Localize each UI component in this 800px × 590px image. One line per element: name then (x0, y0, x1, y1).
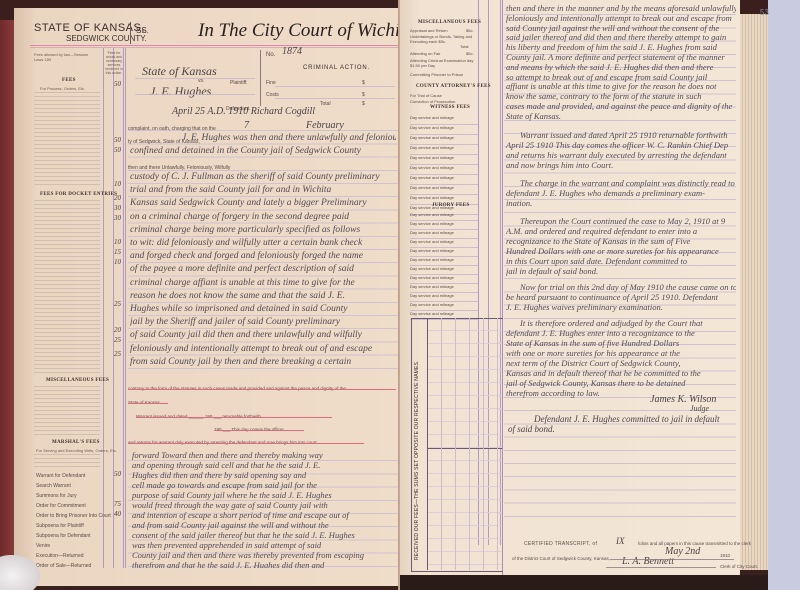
misc-fee-unit: $5c. (466, 28, 474, 33)
handwritten-line: A.M. and ordered and required defendant … (506, 226, 736, 236)
total-label: Total (320, 101, 331, 107)
handwritten-line: on a criminal charge of forgery in the s… (130, 211, 396, 224)
witness-row: Day service and mileage (410, 155, 478, 165)
page-edges (740, 14, 768, 570)
fees-heading: FEES (62, 78, 76, 83)
witness-row: Day service and mileage (410, 145, 478, 155)
jurory-row: Day service and mileage (410, 293, 478, 302)
fee-amount: 20 (114, 326, 121, 334)
witness-fees-heading: WITNESS FEES (430, 105, 470, 110)
complaint-month: February (306, 120, 344, 131)
handwritten-line: feloniously and intentionally attempt to… (130, 343, 396, 356)
marshal-item: Order of Sale—Returned (36, 563, 91, 569)
handwritten-line: Kansas and in default thereof that he be… (506, 368, 736, 378)
certified-year: 1910 (720, 553, 730, 558)
handwritten-line: defendant J. E. Hughes enter into a reco… (506, 328, 736, 338)
handwritten-line: be heard pursuant to continuance of Apri… (506, 292, 736, 302)
book-bottom-shadow (400, 575, 768, 590)
header-rule-2 (30, 47, 400, 48)
handwritten-line: custody of C. J. Fullman as the sheriff … (130, 171, 396, 184)
jurory-row: Day service and mileage (410, 302, 478, 311)
header-rule (30, 45, 400, 46)
fee-amount: 20 (114, 194, 121, 202)
county-attorney-fees-heading: COUNTY ATTORNEY'S FEES (416, 84, 491, 89)
misc-fee-item: Appraisal and Return (410, 28, 448, 33)
marshal-fine-print (34, 454, 100, 470)
misc-fee-unit: Total (460, 44, 468, 49)
jurory-row: Day service and mileage (410, 212, 478, 221)
handwritten-line: Thereupon the Court continued the case t… (506, 216, 736, 226)
jurory-row: Day service and mileage (410, 248, 478, 257)
handwritten-line: would freed through the way gate of said… (132, 500, 396, 510)
handwritten-line: Hundred Dollars with one or more suretie… (506, 246, 736, 256)
misc-fees-heading: MISCELLANEOUS FEES (46, 378, 109, 383)
fee-amount: 50 (114, 136, 121, 144)
handwritten-line: Warrant issued and dated April 25 1910 r… (506, 130, 736, 140)
misc-fine-print (34, 386, 100, 436)
misc-fee-item: Attending on Fair (410, 51, 440, 56)
complaint-day: 7 (244, 120, 249, 131)
jurory-fee-rows: Day service and mileage Day service and … (410, 212, 478, 320)
docket-fees-heading: FEES FOR DOCKET ENTRIES (40, 192, 117, 197)
fee-column-heading: Fees for actual and necessary services r… (104, 51, 124, 75)
charge-paragraph: The charge in the warrant and complaint … (506, 178, 736, 212)
plaintiff-label: Plaintiff. (230, 80, 248, 86)
handwritten-line: trial and from the said County jail for … (130, 184, 396, 197)
handwritten-line: J. E. Hughes waives preliminary examinat… (506, 302, 736, 312)
fees-subheading: For Process, Orders, Etc. (40, 86, 85, 91)
handwritten-line: and from said County jail against the wi… (132, 520, 396, 530)
handwritten-line: next term of the District Court of Sedgw… (506, 358, 736, 368)
fee-amount: 40 (114, 510, 121, 518)
background (768, 0, 800, 590)
handwritten-line: therefrom and that he the said J. E. Hug… (132, 560, 396, 568)
misc-fee-item: Attending Criminal Examination day $1.50… (410, 58, 474, 68)
witness-row: Day service and mileage (410, 135, 478, 145)
marshal-item: Summons for Jury (36, 493, 77, 499)
handwritten-body: custody of C. J. Fullman as the sheriff … (130, 171, 396, 371)
page-number: 53 (760, 8, 769, 17)
handwritten-line: in this Court upon said date. Defendant … (506, 256, 736, 266)
strike-line (128, 443, 364, 444)
fee-amount: 15 (114, 248, 121, 256)
clerk-signature: L. A. Bennett (622, 556, 674, 567)
fee-amount: 50 (114, 80, 121, 88)
handwritten-line: jail in default of said bond. (506, 266, 736, 276)
marshal-item: Order to Bring Prisoner Into Court (36, 513, 111, 519)
jurory-row: Day service and mileage (410, 257, 478, 266)
misc-fees-heading: MISCELLANEOUS FEES (418, 20, 481, 25)
handwritten-line: ination. (506, 198, 736, 208)
jurory-row: Day service and mileage (410, 275, 478, 284)
fee-amount: 10 (114, 180, 121, 188)
witness-row: Day service and mileage (410, 115, 478, 125)
judge-title: Judge (690, 404, 709, 413)
fee-column-rule (103, 48, 104, 568)
handwritten-line: and forged check and forged and feloniou… (130, 250, 396, 263)
ordered-paragraph: It is therefore ordered and adjudged by … (506, 318, 736, 400)
marshal-item: Venire (36, 543, 50, 549)
fee-amount: 10 (114, 258, 121, 266)
handwritten-line: with one or more sureties for his appear… (506, 348, 736, 358)
handwritten-line: recognizance to the State of Kansas in t… (506, 236, 736, 246)
handwritten-line: cell made go towards and escape from sai… (132, 480, 396, 490)
strike-line (136, 417, 332, 418)
fee-amount: 25 (114, 300, 121, 308)
strike-line (214, 430, 304, 431)
date-line (610, 559, 734, 560)
marshal-fees-heading: MARSHAL'S FEES (52, 440, 100, 445)
docket-fine-print (34, 200, 100, 375)
fee-amount: 50 (114, 470, 121, 478)
strike-line (128, 403, 168, 404)
certified-prefix: CERTIFIED TRANSCRIPT, of (524, 541, 597, 547)
jurory-row: Day service and mileage (410, 230, 478, 239)
fee-amount: 30 (114, 214, 121, 222)
handwritten-line: State of Kansas. (506, 112, 736, 122)
rule (135, 78, 255, 79)
handwritten-line: State of Kansas in the sum of five Hundr… (506, 338, 736, 348)
county-attorney-item: For Trial of Cause (410, 93, 442, 98)
continued-paragraph: Thereupon the Court continued the case t… (506, 216, 736, 278)
handwritten-line: reason he does not know the same and tha… (130, 290, 396, 303)
handwritten-line: consent of the said jailer thereof but t… (132, 530, 396, 540)
commitment-line-2: of said bond. (508, 424, 555, 434)
marshal-fees-subheading: For Serving and Executing Writs, Orders,… (36, 448, 117, 453)
filed-line: April 25 A.D. 1910 Richard Cogdill (172, 106, 315, 117)
handwritten-line: Hughes while so imprisoned and detained … (130, 303, 396, 316)
fee-note: Fees allowed by law—Session Laws 189 (34, 52, 94, 62)
marshal-item: Warrant for Defendant (36, 473, 85, 479)
marshal-item: Subpoena for Defendant (36, 533, 91, 539)
handwritten-top: then and there in the manner and by the … (506, 4, 736, 122)
rule (135, 94, 255, 95)
fee-amount: 30 (114, 204, 121, 212)
action-type: CRIMINAL ACTION. (303, 65, 370, 71)
header-brace (130, 22, 131, 44)
fee-column-rule-3 (123, 48, 124, 568)
fee-fine-print (34, 92, 100, 188)
warrant-paragraph: Warrant issued and dated April 25 1910 r… (506, 130, 736, 172)
ledger-book: STATE OF KANSAS, SEDGWICK COUNTY. SS. In… (0, 0, 800, 590)
plaintiff-name: State of Kansas (142, 64, 217, 79)
handwritten-line: Now for trial on this 2nd day of May 191… (506, 282, 736, 292)
jurory-row: Day service and mileage (410, 239, 478, 248)
handwritten-line: to wit: did feloniously and wilfully utt… (130, 237, 396, 250)
case-no-label: No. (266, 52, 275, 58)
signature-line (606, 567, 716, 568)
page-title: In The City Court of Wichita. (198, 20, 420, 42)
handwritten-line: Kansas said Sedgwick County and lately a… (130, 197, 396, 210)
may-paragraph: Now for trial on this 2nd day of May 191… (506, 282, 736, 314)
handwritten-line: of the payee a more definite and perfect… (130, 263, 396, 276)
handwritten-line: forward Toward then and there and thereb… (132, 450, 396, 460)
certified-folios: IX (616, 536, 625, 546)
certified-district: of the District Court of Sedgwick County… (512, 556, 610, 561)
witness-row: Day service and mileage (410, 125, 478, 135)
fee-amount: 75 (114, 500, 121, 508)
witness-row: Day service and mileage (410, 175, 478, 185)
handwritten-line: criminal charge being more particularly … (130, 224, 396, 237)
marshal-item: Search Warrant (36, 483, 71, 489)
commitment-line: Defendant J. E. Hughes committed to jail… (534, 414, 719, 424)
handwritten-line: and opening through said cell and that h… (132, 460, 396, 470)
handwritten-line: J. E. Hughes was then and there unlawful… (182, 132, 396, 145)
marshal-item: Order for Commitment (36, 503, 86, 509)
header-ss: SS. (136, 26, 149, 35)
handwritten-line: from said County jail by then and there … (130, 356, 396, 369)
handwritten-line: of said County jail did then and there u… (130, 329, 396, 342)
fee-amount: 25 (114, 336, 121, 344)
handwritten-line: purpose of said County jail where he the… (132, 490, 396, 500)
fee-column-rule-2 (113, 48, 114, 568)
handwritten-line: and now brings him into Court. (506, 160, 736, 170)
fee-amount: 25 (114, 350, 121, 358)
handwritten-line: April 25 1910 This day comes the officer… (506, 140, 736, 150)
handwritten-line: The charge in the warrant and complaint … (506, 178, 736, 188)
witness-row: Day service and mileage (410, 185, 478, 195)
county-attorney-item: Conviction of Prosecution (410, 99, 455, 104)
fee-column-rule-4 (125, 48, 126, 568)
rule (275, 98, 395, 99)
handwritten-line: and returns his warrant duly executed by… (506, 150, 736, 160)
thumb (0, 555, 40, 590)
marshal-item: Execution—Returned (36, 553, 84, 559)
handwritten-line: confined and detained in the County jail… (130, 145, 396, 158)
jurory-row: Day service and mileage (410, 221, 478, 230)
received-fees-vertical-text: RECEIVED OUR FEES—THE SUMS SET OPPOSITE … (414, 360, 420, 560)
jurory-row: Day service and mileage (410, 266, 478, 275)
header-county: SEDGWICK COUNTY. (66, 34, 147, 43)
witness-row: Day service and mileage (410, 165, 478, 175)
total-dollar: $ (362, 101, 365, 107)
fee-amount: 50 (114, 146, 121, 154)
handwritten-line: County jail and then and there was there… (132, 550, 396, 560)
header-state: STATE OF KANSAS, (34, 22, 145, 34)
marshal-item: Subpoena for Plaintiff (36, 523, 84, 529)
strike-line (128, 389, 396, 390)
received-fees-grid (428, 318, 502, 570)
handwritten-continuation: forward Toward then and there and thereb… (132, 450, 396, 568)
handwritten-line: was then prevented apprehended in said a… (132, 540, 396, 550)
misc-fee-item: Undertakings or Bonds, Taking and Execut… (410, 34, 474, 44)
handwritten-line: jail by the Sheriff and jailer of said C… (130, 316, 396, 329)
misc-fee-unit: $5c. (466, 51, 474, 56)
handwritten-line: jail of Sedgwick County, Kansas there to… (506, 378, 736, 388)
case-number: 1874 (282, 46, 302, 57)
witness-fee-rows: Day service and mileage Day service and … (410, 115, 478, 215)
rule (275, 86, 395, 87)
fee-amount: 10 (114, 238, 121, 246)
case-brace (260, 50, 261, 106)
clerk-label: Clerk of City Court. (720, 564, 758, 569)
jurory-row: Day service and mileage (410, 284, 478, 293)
handwritten-line: Hughes did then and there by said openin… (132, 470, 396, 480)
handwritten-line: criminal charge affiant is unable at thi… (130, 277, 396, 290)
book-cover-left (0, 20, 14, 590)
handwritten-line: defendant J. E. Hughes who demands a pre… (506, 188, 736, 198)
handwritten-line: and intention of escape a short period o… (132, 510, 396, 520)
jurory-fees-heading: JURORY FEES (432, 203, 470, 208)
defendant-name: J. E. Hughes (150, 84, 211, 99)
misc-fee-item: Committing Prisoner to Prison (410, 72, 463, 77)
handwritten-line: It is therefore ordered and adjudged by … (506, 318, 736, 328)
